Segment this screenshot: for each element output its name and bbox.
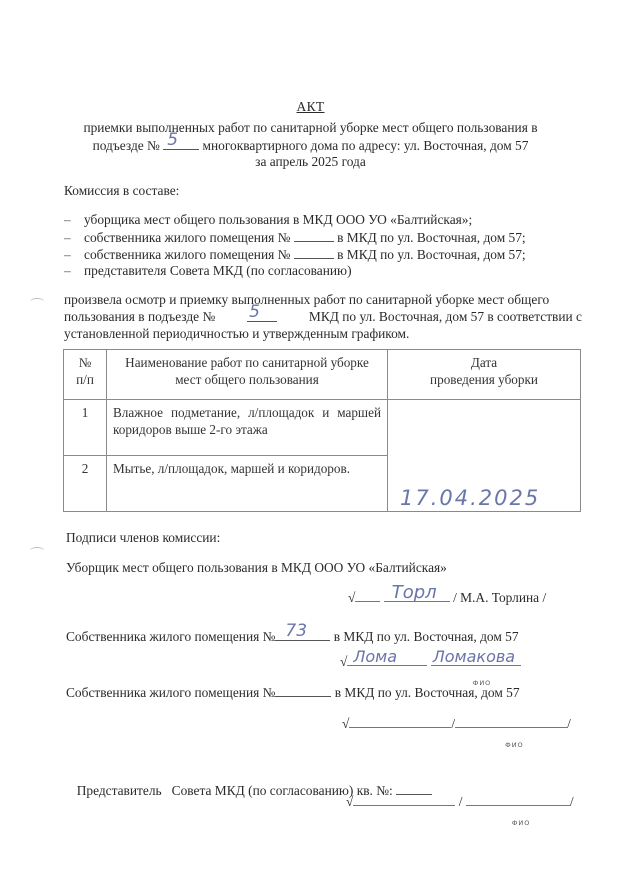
subtitle-line-1: приемки выполненных работ по санитарной …: [0, 120, 621, 136]
owner-1-name-field[interactable]: ЛомаковаФИО: [431, 665, 521, 666]
check-mark: √: [340, 654, 347, 669]
entrance-number-field[interactable]: 5: [163, 137, 199, 150]
subtitle-line-3: за апрель 2025 года: [0, 154, 621, 170]
check-mark: √: [346, 794, 353, 809]
owner-2-signature-field[interactable]: [349, 727, 451, 728]
owner-1-apartment-field[interactable]: 73: [275, 628, 330, 641]
row-work-name: Мытье, л/площадок, маршей и коридоров.: [107, 456, 388, 512]
subtitle-line-2: подъезде № 5 многоквартирного дома по ад…: [0, 137, 621, 154]
owner-1-signature-field[interactable]: Лома: [347, 665, 427, 666]
subtitle-entrance-suffix: многоквартирного дома по адресу: ул. Вос…: [203, 138, 529, 153]
cleaner-signature-field[interactable]: Торл: [384, 601, 450, 602]
signatures-heading: Подписи членов комиссии:: [66, 530, 220, 546]
table-header-row: № п/п Наименование работ по санитарной у…: [64, 350, 581, 400]
header-num: № п/п: [64, 350, 107, 400]
row-num: 2: [64, 456, 107, 512]
works-table: № п/п Наименование работ по санитарной у…: [63, 349, 581, 512]
commission-member-4: –представителя Совета МКД (по согласован…: [64, 263, 352, 279]
date-cell[interactable]: 17.04.2025: [388, 400, 581, 512]
table-row: 1 Влажное подметание, л/площадок и марше…: [64, 400, 581, 456]
representative-signature-line: √ / ФИО/: [346, 794, 574, 810]
body-line-3: установленной периодичностью и утвержден…: [64, 326, 409, 342]
scan-mark: [30, 298, 44, 305]
row-work-name: Влажное подметание, л/площадок и маршей …: [107, 400, 388, 456]
cleaner-name: / М.А. Торлина /: [453, 590, 546, 605]
commission-member-1: –уборщика мест общего пользования в МКД …: [64, 212, 472, 228]
commission-heading: Комиссия в составе:: [64, 183, 179, 199]
scan-mark: [30, 547, 44, 554]
owner-2-line: Собственника жилого помещения № в МКД по…: [66, 684, 520, 701]
check-mark: √: [342, 716, 349, 731]
row-num: 1: [64, 400, 107, 456]
commission-member-2: –собственника жилого помещения № в МКД п…: [64, 229, 526, 246]
apartment-number-field[interactable]: [294, 246, 334, 259]
body-line-1: произвела осмотр и приемку выполненных р…: [64, 292, 549, 308]
body-line-2: пользования в подъезде № 5 МКД по ул. Во…: [64, 309, 582, 325]
commission-member-3: –собственника жилого помещения № в МКД п…: [64, 246, 526, 263]
owner-2-signature-line: √/ФИО/: [342, 716, 571, 732]
owner-2-apartment-field[interactable]: [275, 684, 331, 697]
cleaner-label: Уборщик мест общего пользования в МКД ОО…: [66, 560, 447, 576]
entrance-number-field[interactable]: 5: [247, 309, 277, 322]
representative-signature-field[interactable]: [353, 805, 455, 806]
representative-name-field[interactable]: ФИО: [466, 805, 570, 806]
subtitle-entrance-prefix: подъезде №: [93, 138, 160, 153]
check-mark: √: [348, 590, 355, 605]
entrance-number-handwritten: 5: [167, 130, 178, 150]
date-handwritten: 17.04.2025: [400, 490, 540, 507]
owner-1-signature-line: √Лома ЛомаковаФИО: [340, 654, 521, 670]
header-date: Дата проведения уборки: [388, 350, 581, 400]
cleaner-signature-line: √ Торл / М.А. Торлина /: [348, 590, 546, 606]
cleaner-signature-handwritten: Торл: [392, 582, 437, 603]
owner-2-name-field[interactable]: ФИО: [455, 727, 567, 728]
apartment-number-field[interactable]: [294, 229, 334, 242]
header-work-name: Наименование работ по санитарной уборке …: [107, 350, 388, 400]
document-title: АКТ: [0, 99, 621, 115]
owner-1-line: Собственника жилого помещения №73 в МКД …: [66, 628, 519, 645]
